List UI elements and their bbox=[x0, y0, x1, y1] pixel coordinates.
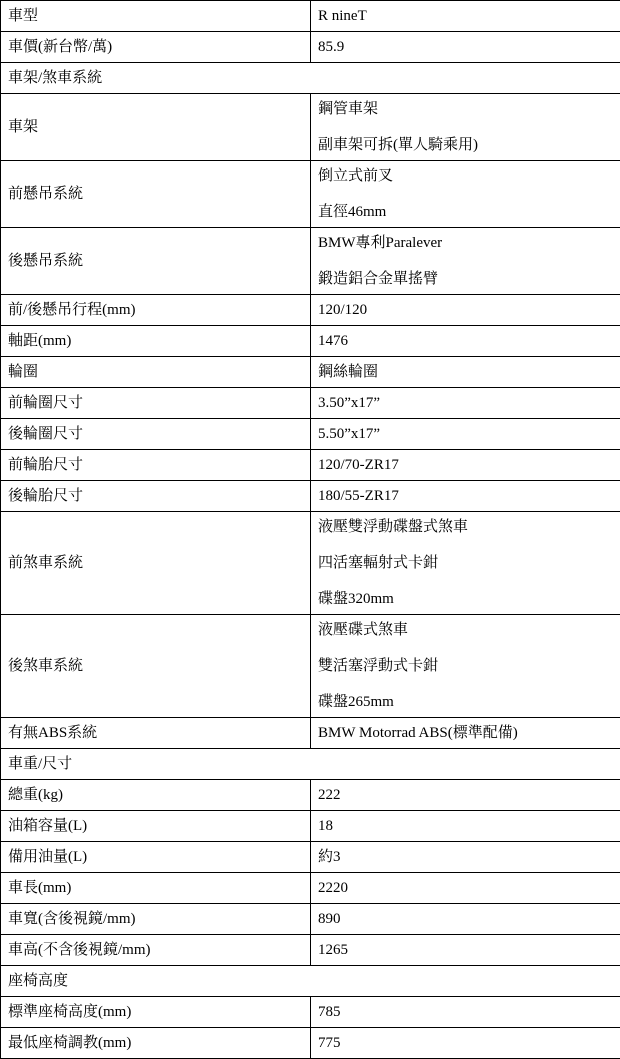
spec-value-line: 18 bbox=[318, 817, 614, 835]
spec-label-cell: 車長(mm) bbox=[1, 873, 311, 904]
spec-label-cell: 前懸吊系統 bbox=[1, 161, 311, 228]
spec-value-cell: 5.50”x17” bbox=[311, 419, 620, 450]
spec-value-line: 四活塞輻射式卡鉗 bbox=[318, 554, 614, 572]
spec-value-line: 鋼絲輪圈 bbox=[318, 363, 614, 381]
spec-label-cell: 後懸吊系統 bbox=[1, 228, 311, 295]
spec-label-cell: 軸距(mm) bbox=[1, 326, 311, 357]
spec-value-line: 液壓雙浮動碟盤式煞車 bbox=[318, 518, 614, 536]
spec-row: 車高(不含後視鏡/mm)1265 bbox=[1, 935, 620, 966]
spec-value-cell: 120/120 bbox=[311, 295, 620, 326]
spec-table-body: 車型R nineT車價(新台幣/萬)85.9車架/煞車系統車架鋼管車架副車架可拆… bbox=[1, 1, 620, 1059]
spec-value-line: 85.9 bbox=[318, 38, 614, 56]
spec-value-line: R nineT bbox=[318, 7, 614, 25]
spec-value-cell: 180/55-ZR17 bbox=[311, 481, 620, 512]
spec-value-cell: 倒立式前叉直徑46mm bbox=[311, 161, 620, 228]
section-header-row: 座椅高度 bbox=[1, 966, 620, 997]
spec-row: 後輪圈尺寸5.50”x17” bbox=[1, 419, 620, 450]
spec-value-cell: 1476 bbox=[311, 326, 620, 357]
spec-value-cell: 3.50”x17” bbox=[311, 388, 620, 419]
spec-label-cell: 車價(新台幣/萬) bbox=[1, 32, 311, 63]
spec-label-cell: 備用油量(L) bbox=[1, 842, 311, 873]
spec-value-cell: 18 bbox=[311, 811, 620, 842]
spec-value-line: 120/70-ZR17 bbox=[318, 456, 614, 474]
spec-value-line: 890 bbox=[318, 910, 614, 928]
spec-value-line: 1265 bbox=[318, 941, 614, 959]
spec-value-cell: 2220 bbox=[311, 873, 620, 904]
spec-value-line: 鍛造鋁合金單搖臂 bbox=[318, 270, 614, 288]
spec-value-line: 2220 bbox=[318, 879, 614, 897]
spec-value-line: 3.50”x17” bbox=[318, 394, 614, 412]
spec-value-line: 222 bbox=[318, 786, 614, 804]
spec-row: 輪圈鋼絲輪圈 bbox=[1, 357, 620, 388]
spec-label-cell: 前/後懸吊行程(mm) bbox=[1, 295, 311, 326]
spec-value-line: 鋼管車架 bbox=[318, 100, 614, 118]
spec-row: 前/後懸吊行程(mm)120/120 bbox=[1, 295, 620, 326]
spec-row: 備用油量(L)約3 bbox=[1, 842, 620, 873]
spec-table: 車型R nineT車價(新台幣/萬)85.9車架/煞車系統車架鋼管車架副車架可拆… bbox=[0, 0, 620, 1059]
spec-row: 前懸吊系統倒立式前叉直徑46mm bbox=[1, 161, 620, 228]
spec-label-cell: 前煞車系統 bbox=[1, 512, 311, 615]
spec-row: 後懸吊系統BMW專利Paralever鍛造鋁合金單搖臂 bbox=[1, 228, 620, 295]
spec-value-line: 120/120 bbox=[318, 301, 614, 319]
spec-label-cell: 前輪圈尺寸 bbox=[1, 388, 311, 419]
spec-row: 車寬(含後視鏡/mm)890 bbox=[1, 904, 620, 935]
spec-label-cell: 後煞車系統 bbox=[1, 615, 311, 718]
spec-value-cell: 775 bbox=[311, 1028, 620, 1059]
spec-label-cell: 車高(不含後視鏡/mm) bbox=[1, 935, 311, 966]
spec-value-line: BMW專利Paralever bbox=[318, 234, 614, 252]
spec-label-cell: 前輪胎尺寸 bbox=[1, 450, 311, 481]
spec-label-cell: 標準座椅高度(mm) bbox=[1, 997, 311, 1028]
spec-label-cell: 後輪圈尺寸 bbox=[1, 419, 311, 450]
spec-row: 車型R nineT bbox=[1, 1, 620, 32]
spec-value-line: 約3 bbox=[318, 848, 614, 866]
section-header-row: 車架/煞車系統 bbox=[1, 63, 620, 94]
spec-row: 後輪胎尺寸180/55-ZR17 bbox=[1, 481, 620, 512]
spec-label-cell: 最低座椅調教(mm) bbox=[1, 1028, 311, 1059]
spec-value-cell: 液壓碟式煞車雙活塞浮動式卡鉗碟盤265mm bbox=[311, 615, 620, 718]
spec-value-line: 785 bbox=[318, 1003, 614, 1021]
spec-value-line: 180/55-ZR17 bbox=[318, 487, 614, 505]
spec-value-line: 碟盤320mm bbox=[318, 590, 614, 608]
spec-value-line: 液壓碟式煞車 bbox=[318, 621, 614, 639]
spec-row: 總重(kg)222 bbox=[1, 780, 620, 811]
spec-value-cell: 液壓雙浮動碟盤式煞車四活塞輻射式卡鉗碟盤320mm bbox=[311, 512, 620, 615]
spec-row: 車長(mm)2220 bbox=[1, 873, 620, 904]
spec-label-cell: 後輪胎尺寸 bbox=[1, 481, 311, 512]
spec-value-cell: 222 bbox=[311, 780, 620, 811]
spec-row: 有無ABS系統BMW Motorrad ABS(標準配備) bbox=[1, 718, 620, 749]
spec-row: 最低座椅調教(mm)775 bbox=[1, 1028, 620, 1059]
spec-row: 前輪圈尺寸3.50”x17” bbox=[1, 388, 620, 419]
spec-row: 軸距(mm)1476 bbox=[1, 326, 620, 357]
spec-row: 車架鋼管車架副車架可拆(單人騎乘用) bbox=[1, 94, 620, 161]
spec-row: 後煞車系統液壓碟式煞車雙活塞浮動式卡鉗碟盤265mm bbox=[1, 615, 620, 718]
spec-value-cell: 約3 bbox=[311, 842, 620, 873]
spec-row: 車價(新台幣/萬)85.9 bbox=[1, 32, 620, 63]
spec-value-cell: 890 bbox=[311, 904, 620, 935]
spec-value-cell: 785 bbox=[311, 997, 620, 1028]
spec-label-cell: 車寬(含後視鏡/mm) bbox=[1, 904, 311, 935]
section-header-cell: 車架/煞車系統 bbox=[1, 63, 620, 94]
spec-value-cell: BMW專利Paralever鍛造鋁合金單搖臂 bbox=[311, 228, 620, 295]
spec-label-cell: 車型 bbox=[1, 1, 311, 32]
spec-label-cell: 輪圈 bbox=[1, 357, 311, 388]
spec-value-line: 碟盤265mm bbox=[318, 693, 614, 711]
spec-row: 前輪胎尺寸120/70-ZR17 bbox=[1, 450, 620, 481]
spec-value-cell: BMW Motorrad ABS(標準配備) bbox=[311, 718, 620, 749]
spec-label-cell: 油箱容量(L) bbox=[1, 811, 311, 842]
spec-row: 標準座椅高度(mm)785 bbox=[1, 997, 620, 1028]
spec-value-cell: 120/70-ZR17 bbox=[311, 450, 620, 481]
spec-value-line: 倒立式前叉 bbox=[318, 167, 614, 185]
spec-value-cell: R nineT bbox=[311, 1, 620, 32]
spec-row: 油箱容量(L)18 bbox=[1, 811, 620, 842]
spec-value-line: 5.50”x17” bbox=[318, 425, 614, 443]
spec-label-cell: 車架 bbox=[1, 94, 311, 161]
spec-value-cell: 鋼管車架副車架可拆(單人騎乘用) bbox=[311, 94, 620, 161]
spec-value-line: 1476 bbox=[318, 332, 614, 350]
spec-value-line: 雙活塞浮動式卡鉗 bbox=[318, 657, 614, 675]
spec-value-line: 副車架可拆(單人騎乘用) bbox=[318, 136, 614, 154]
spec-value-line: 直徑46mm bbox=[318, 203, 614, 221]
spec-sheet-page: 車型R nineT車價(新台幣/萬)85.9車架/煞車系統車架鋼管車架副車架可拆… bbox=[0, 0, 620, 1059]
section-header-cell: 座椅高度 bbox=[1, 966, 620, 997]
spec-value-line: 775 bbox=[318, 1034, 614, 1052]
spec-value-cell: 1265 bbox=[311, 935, 620, 966]
spec-label-cell: 總重(kg) bbox=[1, 780, 311, 811]
spec-value-cell: 鋼絲輪圈 bbox=[311, 357, 620, 388]
spec-value-line: BMW Motorrad ABS(標準配備) bbox=[318, 724, 614, 742]
section-header-cell: 車重/尺寸 bbox=[1, 749, 620, 780]
spec-label-cell: 有無ABS系統 bbox=[1, 718, 311, 749]
section-header-row: 車重/尺寸 bbox=[1, 749, 620, 780]
spec-value-cell: 85.9 bbox=[311, 32, 620, 63]
spec-row: 前煞車系統液壓雙浮動碟盤式煞車四活塞輻射式卡鉗碟盤320mm bbox=[1, 512, 620, 615]
